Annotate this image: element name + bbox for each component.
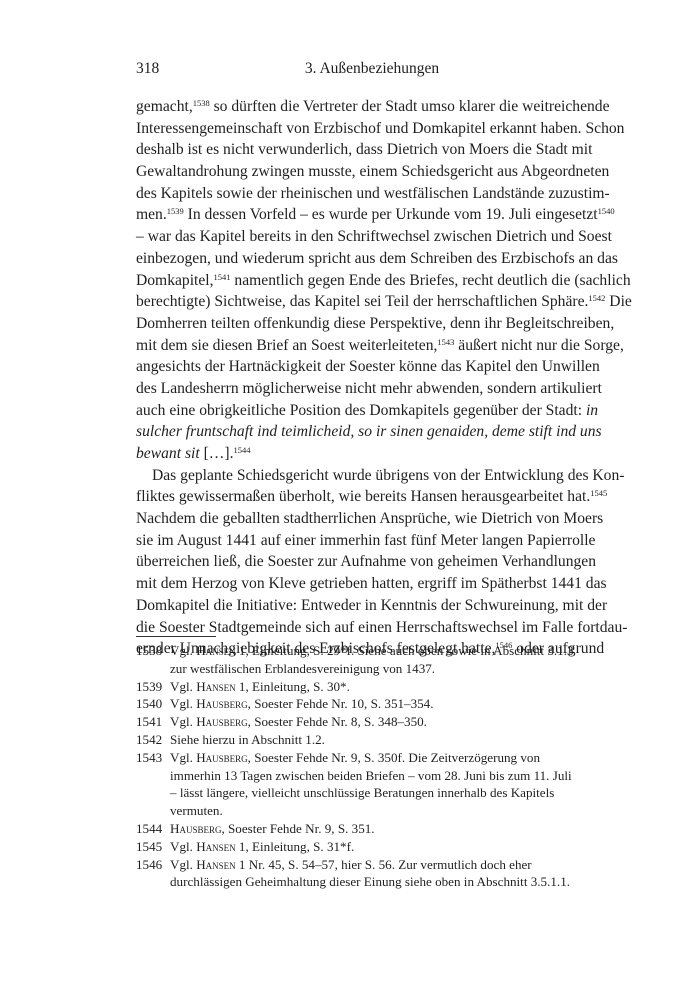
footnote-number: 1539 [136, 678, 170, 696]
footnote-ref[interactable]: 1538 [193, 98, 210, 108]
running-head: 318 3. Außenbeziehungen [136, 60, 578, 80]
text-line: sulcher fruntschaft ind teimlicheid, so … [136, 421, 578, 443]
footnote-text: Vgl. Hansen 1, Einleitung, S. 29*f. Sieh… [170, 642, 578, 678]
footnote-number: 1544 [136, 820, 170, 838]
footnote-text: Hausberg, Soester Fehde Nr. 9, S. 351. [170, 820, 578, 838]
text: Die [605, 293, 631, 310]
text-line: mit dem sie diesen Brief an Soest weiter… [136, 335, 578, 357]
text-line: angesichts der Hartnäckigkeit der Soeste… [136, 356, 578, 378]
text: so dürften die Vertreter der Stadt umso … [210, 98, 610, 115]
book-page: 318 3. Außenbeziehungen gemacht,1538 so … [0, 0, 700, 988]
text-line: bewant sit […].1544 [136, 443, 578, 465]
text-line: berechtigte) Sichtweise, das Kapitel sei… [136, 291, 578, 313]
footnote-text: Vgl. Hansen 1, Einleitung, S. 30*. [170, 678, 578, 696]
quotation: bewant sit [136, 445, 200, 462]
text-line: des Landesherrn möglicherweise nicht meh… [136, 378, 578, 400]
footnote-text: Vgl. Hausberg, Soester Fehde Nr. 8, S. 3… [170, 713, 578, 731]
chapter-title: 3. Außenbeziehungen [136, 60, 578, 78]
text: einbezogen, und wiederum spricht aus dem… [136, 250, 618, 267]
main-text: gemacht,1538 so dürften die Vertreter de… [136, 96, 578, 660]
text-line: überreichen ließ, die Soester zur Aufnah… [136, 551, 578, 573]
text-line: Domkapitel die Initiative: Entweder in K… [136, 595, 578, 617]
footnote-number: 1542 [136, 731, 170, 749]
footnote-ref[interactable]: 1542 [588, 293, 605, 303]
text-line: die Soester Stadtgemeinde sich auf einen… [136, 617, 578, 639]
footnote-number: 1543 [136, 749, 170, 820]
footnote-number: 1540 [136, 695, 170, 713]
text: Das geplante Schiedsgericht wurde übrige… [152, 467, 624, 484]
footnote: 1543Vgl. Hausberg, Soester Fehde Nr. 9, … [136, 749, 578, 820]
text-line: gemacht,1538 so dürften die Vertreter de… [136, 96, 578, 118]
text: Nachdem die geballten stadtherrlichen An… [136, 510, 603, 527]
author-name: Hausberg [196, 714, 247, 729]
text-line: mit dem Herzog von Kleve getrieben hatte… [136, 573, 578, 595]
footnote: 1545Vgl. Hansen 1, Einleitung, S. 31*f. [136, 838, 578, 856]
footnote: 1539Vgl. Hansen 1, Einleitung, S. 30*. [136, 678, 578, 696]
text: des Landesherrn möglicherweise nicht meh… [136, 380, 602, 397]
text: überreichen ließ, die Soester zur Aufnah… [136, 553, 596, 570]
text: […]. [200, 445, 234, 462]
footnote: 1546Vgl. Hansen 1 Nr. 45, S. 54–57, hier… [136, 856, 578, 892]
text: Gewaltandrohung zwingen musste, einem Sc… [136, 163, 609, 180]
text-line: einbezogen, und wiederum spricht aus dem… [136, 248, 578, 270]
footnote: 1541Vgl. Hausberg, Soester Fehde Nr. 8, … [136, 713, 578, 731]
footnote-rule [136, 636, 216, 637]
text-line: fliktes gewissermaßen überholt, wie bere… [136, 486, 578, 508]
author-name: Hausberg [170, 821, 221, 836]
author-name: Hansen [196, 643, 235, 658]
text-line: men.1539 In dessen Vorfeld – es wurde pe… [136, 204, 578, 226]
footnote-ref[interactable]: 1543 [437, 337, 454, 347]
author-name: Hansen [196, 839, 235, 854]
footnote-text: Siehe hierzu in Abschnitt 1.2. [170, 731, 578, 749]
footnote: 1542Siehe hierzu in Abschnitt 1.2. [136, 731, 578, 749]
text: Domkapitel die Initiative: Entweder in K… [136, 597, 607, 614]
text: In dessen Vorfeld – es wurde per Urkunde… [184, 206, 598, 223]
text-line: – war das Kapitel bereits in den Schrift… [136, 226, 578, 248]
text: namentlich gegen Ende des Briefes, recht… [231, 272, 631, 289]
text: deshalb ist es nicht verwunderlich, dass… [136, 141, 592, 158]
author-name: Hausberg [196, 696, 247, 711]
text-line: Interessengemeinschaft von Erzbischof un… [136, 118, 578, 140]
footnote: 1544Hausberg, Soester Fehde Nr. 9, S. 35… [136, 820, 578, 838]
footnote-ref[interactable]: 1539 [167, 206, 184, 216]
footnote-number: 1541 [136, 713, 170, 731]
footnote-number: 1545 [136, 838, 170, 856]
text: mit dem sie diesen Brief an Soest weiter… [136, 337, 437, 354]
footnote-ref[interactable]: 1545 [590, 488, 607, 498]
text: auch eine obrigkeitliche Position des Do… [136, 402, 586, 419]
text-line: Gewaltandrohung zwingen musste, einem Sc… [136, 161, 578, 183]
text-line: des Kapitels sowie der rheinischen und w… [136, 183, 578, 205]
text-line: auch eine obrigkeitliche Position des Do… [136, 400, 578, 422]
footnote: 1540Vgl. Hausberg, Soester Fehde Nr. 10,… [136, 695, 578, 713]
footnote-ref[interactable]: 1541 [214, 272, 231, 282]
text: äußert nicht nur die Sorge, [454, 337, 623, 354]
text: sie im August 1441 auf einer immerhin fa… [136, 532, 595, 549]
footnotes: 1538Vgl. Hansen 1, Einleitung, S. 29*f. … [136, 642, 578, 891]
author-name: Hansen [196, 857, 235, 872]
quotation: in [586, 402, 598, 419]
author-name: Hansen [196, 679, 235, 694]
footnote-number: 1538 [136, 642, 170, 678]
text-line: deshalb ist es nicht verwunderlich, dass… [136, 139, 578, 161]
text: – war das Kapitel bereits in den Schrift… [136, 228, 612, 245]
author-name: Hausberg [196, 750, 247, 765]
text-line: Nachdem die geballten stadtherrlichen An… [136, 508, 578, 530]
text: Domherren teilten offenkundig diese Pers… [136, 315, 614, 332]
text: berechtigte) Sichtweise, das Kapitel sei… [136, 293, 588, 310]
footnote-text: Vgl. Hausberg, Soester Fehde Nr. 9, S. 3… [170, 749, 578, 820]
footnote-number: 1546 [136, 856, 170, 892]
footnote-ref[interactable]: 1544 [233, 445, 250, 455]
text-line: Das geplante Schiedsgericht wurde übrige… [136, 465, 578, 487]
footnote: 1538Vgl. Hansen 1, Einleitung, S. 29*f. … [136, 642, 578, 678]
footnote-text: Vgl. Hansen 1, Einleitung, S. 31*f. [170, 838, 578, 856]
text: Interessengemeinschaft von Erzbischof un… [136, 120, 624, 137]
footnote-text: Vgl. Hansen 1 Nr. 45, S. 54–57, hier S. … [170, 856, 578, 892]
text-line: sie im August 1441 auf einer immerhin fa… [136, 530, 578, 552]
text: des Kapitels sowie der rheinischen und w… [136, 185, 610, 202]
footnote-ref[interactable]: 1540 [598, 206, 615, 216]
text: angesichts der Hartnäckigkeit der Soeste… [136, 358, 600, 375]
quotation: sulcher fruntschaft ind teimlicheid, so … [136, 423, 602, 440]
text: men. [136, 206, 167, 223]
text-line: Domkapitel,1541 namentlich gegen Ende de… [136, 270, 578, 292]
text: mit dem Herzog von Kleve getrieben hatte… [136, 575, 607, 592]
text: Domkapitel, [136, 272, 214, 289]
text: gemacht, [136, 98, 193, 115]
text: die Soester Stadtgemeinde sich auf einen… [136, 619, 627, 636]
text-line: Domherren teilten offenkundig diese Pers… [136, 313, 578, 335]
text: fliktes gewissermaßen überholt, wie bere… [136, 488, 590, 505]
footnote-text: Vgl. Hausberg, Soester Fehde Nr. 10, S. … [170, 695, 578, 713]
